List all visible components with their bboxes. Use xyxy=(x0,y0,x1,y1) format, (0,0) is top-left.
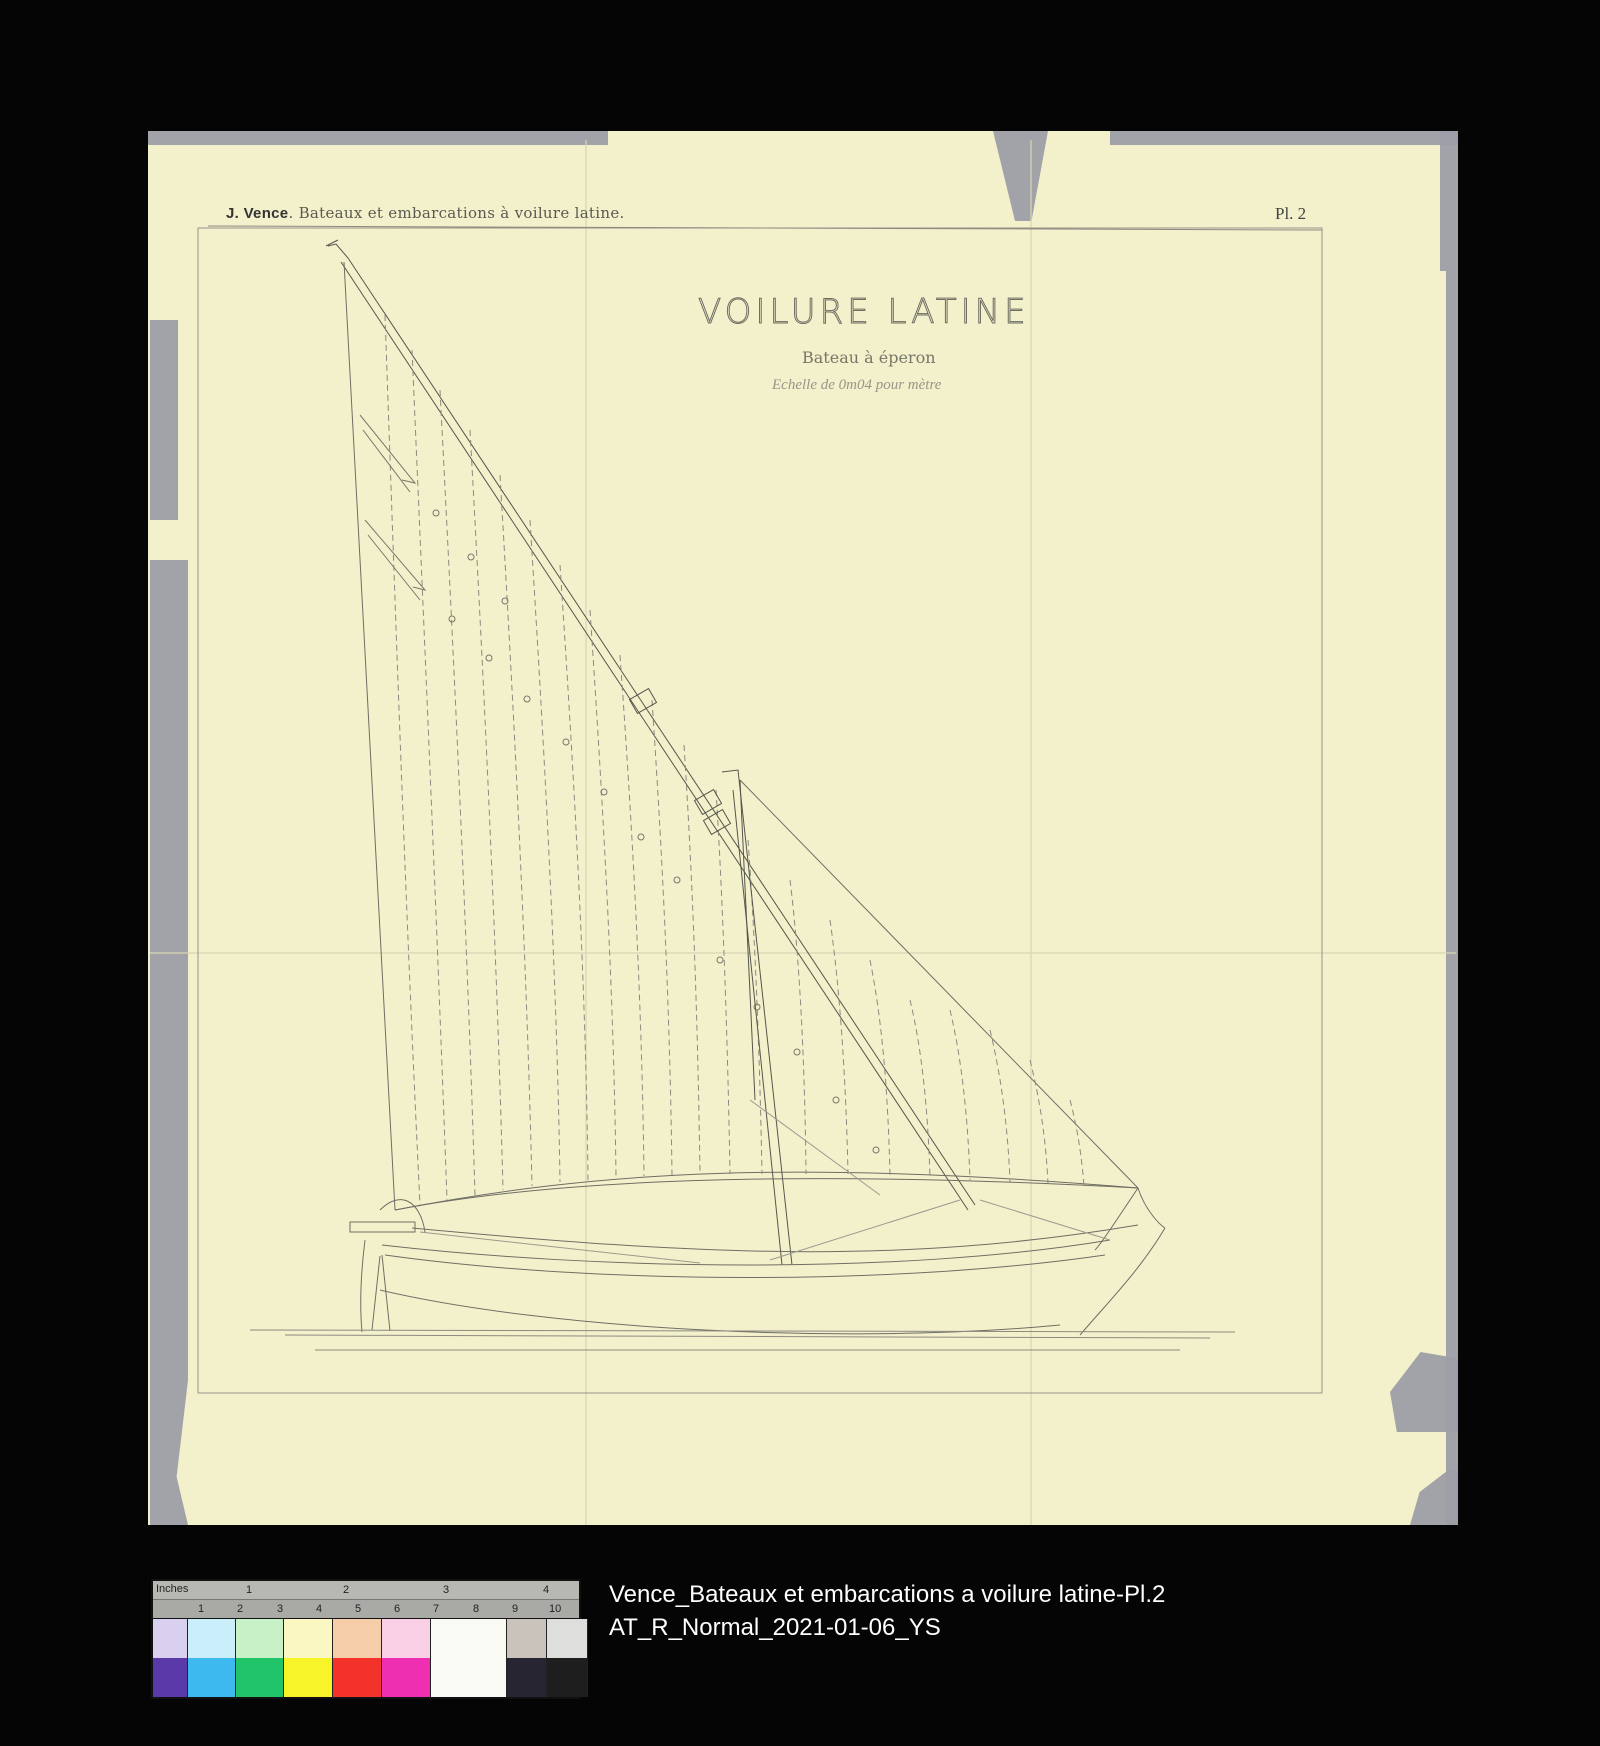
cm-tick: 3 xyxy=(277,1603,283,1615)
cm-tick: 10 xyxy=(549,1603,561,1615)
drawing-title: VOILURE LATINE xyxy=(698,292,1030,332)
reef-points xyxy=(433,510,879,1153)
color-swatch xyxy=(547,1658,588,1697)
boat-drawing xyxy=(0,0,1600,1746)
color-swatch xyxy=(284,1658,333,1697)
cm-tick: 6 xyxy=(394,1603,400,1615)
sail-seams xyxy=(385,315,1084,1205)
caption-line-id: AT_R_Normal_2021-01-06_YS xyxy=(609,1611,1165,1644)
cm-tick: 1 xyxy=(198,1603,204,1615)
cm-tick: 7 xyxy=(433,1603,439,1615)
header-title: . Bateaux et embarcations à voilure lati… xyxy=(288,204,624,222)
color-swatch xyxy=(153,1658,188,1697)
color-swatch xyxy=(153,1619,188,1658)
color-swatch xyxy=(236,1658,284,1697)
color-swatch xyxy=(382,1619,431,1658)
color-swatch xyxy=(431,1619,507,1658)
cm-tick: 4 xyxy=(316,1603,322,1615)
color-swatch xyxy=(382,1658,431,1697)
color-swatch xyxy=(188,1619,236,1658)
water-lines xyxy=(250,1330,1235,1350)
color-swatch xyxy=(431,1658,507,1697)
swatch-row-bottom xyxy=(153,1658,588,1697)
plate-header: J. Vence. Bateaux et embarcations à voil… xyxy=(226,204,625,222)
inch-tick: 3 xyxy=(443,1584,449,1596)
ruler-unit-label: Inches xyxy=(156,1583,188,1595)
reef-bands xyxy=(360,415,425,600)
plate-frame xyxy=(198,226,1322,1393)
cm-tick: 8 xyxy=(473,1603,479,1615)
inch-ruler: Inches 1 2 3 4 xyxy=(153,1581,579,1600)
cm-tick: 5 xyxy=(355,1603,361,1615)
color-swatch xyxy=(507,1619,547,1658)
color-swatch xyxy=(236,1619,284,1658)
color-calibration-card: Inches 1 2 3 4 1 2 3 4 5 6 7 8 9 10 xyxy=(151,1579,581,1699)
hull xyxy=(350,1100,1165,1335)
inch-tick: 1 xyxy=(246,1584,252,1596)
image-caption: Vence_Bateaux et embarcations a voilure … xyxy=(609,1578,1165,1644)
header-author: J. Vence xyxy=(226,205,288,222)
drawing-subtitle: Bateau à éperon xyxy=(802,348,936,367)
color-swatch xyxy=(284,1619,333,1658)
color-swatch xyxy=(547,1619,588,1658)
cm-tick: 9 xyxy=(512,1603,518,1615)
color-swatches xyxy=(153,1619,579,1697)
swatch-row-top xyxy=(153,1619,588,1658)
inch-tick: 2 xyxy=(343,1584,349,1596)
plate-number: Pl. 2 xyxy=(1275,204,1306,224)
inch-tick: 4 xyxy=(543,1584,549,1596)
sail-outline xyxy=(344,262,1138,1210)
color-swatch xyxy=(507,1658,547,1697)
caption-line-title: Vence_Bateaux et embarcations a voilure … xyxy=(609,1578,1165,1611)
cm-tick: 2 xyxy=(237,1603,243,1615)
cm-ruler: 1 2 3 4 5 6 7 8 9 10 xyxy=(153,1600,579,1618)
color-swatch xyxy=(188,1658,236,1697)
color-swatch xyxy=(333,1619,382,1658)
scale-note: Echelle de 0m04 pour mètre xyxy=(772,377,941,394)
color-swatch xyxy=(333,1658,382,1697)
